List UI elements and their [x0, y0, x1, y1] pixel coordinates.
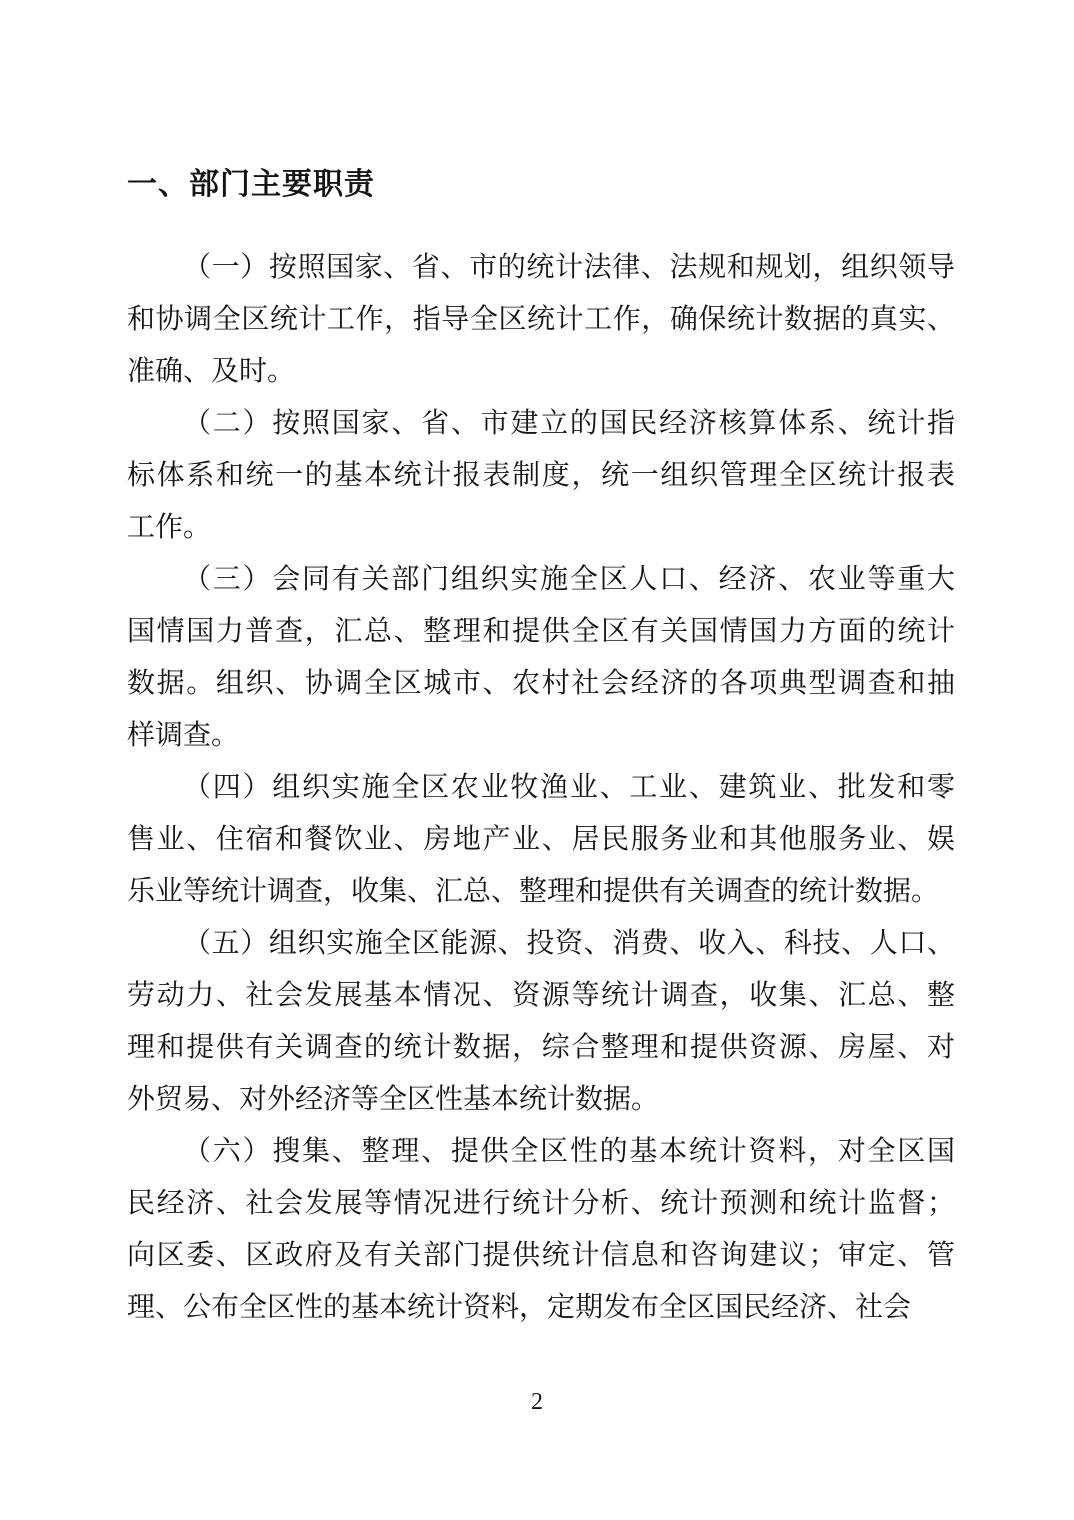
paragraph-line: 工作。	[127, 502, 955, 554]
paragraph-line: （二）按照国家、省、市建立的国民经济核算体系、统计指	[127, 398, 955, 450]
paragraph-line: （一）按照国家、省、市的统计法律、法规和规划，组织领导	[127, 242, 955, 294]
section-heading: 一、部门主要职责	[127, 159, 955, 211]
paragraph-3: （三）会同有关部门组织实施全区人口、经济、农业等重大 国情国力普查，汇总、整理和…	[127, 554, 955, 762]
paragraph-line: 售业、住宿和餐饮业、房地产业、居民服务业和其他服务业、娱	[127, 814, 955, 866]
paragraph-line: （三）会同有关部门组织实施全区人口、经济、农业等重大	[127, 554, 955, 606]
paragraph-line: 国情国力普查，汇总、整理和提供全区有关国情国力方面的统计	[127, 606, 955, 658]
paragraph-2: （二）按照国家、省、市建立的国民经济核算体系、统计指 标体系和统一的基本统计报表…	[127, 398, 955, 554]
paragraph-line: 样调查。	[127, 710, 955, 762]
paragraph-line: 外贸易、对外经济等全区性基本统计数据。	[127, 1074, 955, 1126]
paragraph-line: 向区委、区政府及有关部门提供统计信息和咨询建议；审定、管	[127, 1230, 955, 1282]
paragraph-1: （一）按照国家、省、市的统计法律、法规和规划，组织领导 和协调全区统计工作，指导…	[127, 242, 955, 398]
page-number: 2	[0, 1388, 1074, 1416]
document-body: 一、部门主要职责 （一）按照国家、省、市的统计法律、法规和规划，组织领导 和协调…	[127, 159, 955, 1334]
paragraph-line: （五）组织实施全区能源、投资、消费、收入、科技、人口、	[127, 918, 955, 970]
paragraph-line: 理、公布全区性的基本统计资料，定期发布全区国民经济、社会	[127, 1282, 955, 1334]
paragraph-line: 和协调全区统计工作，指导全区统计工作，确保统计数据的真实、	[127, 294, 955, 346]
paragraph-line: 理和提供有关调查的统计数据，综合整理和提供资源、房屋、对	[127, 1022, 955, 1074]
paragraph-line: 乐业等统计调查，收集、汇总、整理和提供有关调查的统计数据。	[127, 866, 955, 918]
paragraph-line: 民经济、社会发展等情况进行统计分析、统计预测和统计监督；	[127, 1178, 955, 1230]
paragraph-4: （四）组织实施全区农业牧渔业、工业、建筑业、批发和零 售业、住宿和餐饮业、房地产…	[127, 762, 955, 918]
paragraph-line: （六）搜集、整理、提供全区性的基本统计资料，对全区国	[127, 1126, 955, 1178]
paragraph-6: （六）搜集、整理、提供全区性的基本统计资料，对全区国 民经济、社会发展等情况进行…	[127, 1126, 955, 1334]
paragraph-line: 准确、及时。	[127, 346, 955, 398]
paragraph-line: 标体系和统一的基本统计报表制度，统一组织管理全区统计报表	[127, 450, 955, 502]
paragraph-line: 劳动力、社会发展基本情况、资源等统计调查，收集、汇总、整	[127, 970, 955, 1022]
document-page: 一、部门主要职责 （一）按照国家、省、市的统计法律、法规和规划，组织领导 和协调…	[0, 0, 1074, 1520]
paragraph-line: 数据。组织、协调全区城市、农村社会经济的各项典型调查和抽	[127, 658, 955, 710]
paragraph-5: （五）组织实施全区能源、投资、消费、收入、科技、人口、 劳动力、社会发展基本情况…	[127, 918, 955, 1126]
paragraph-line: （四）组织实施全区农业牧渔业、工业、建筑业、批发和零	[127, 762, 955, 814]
